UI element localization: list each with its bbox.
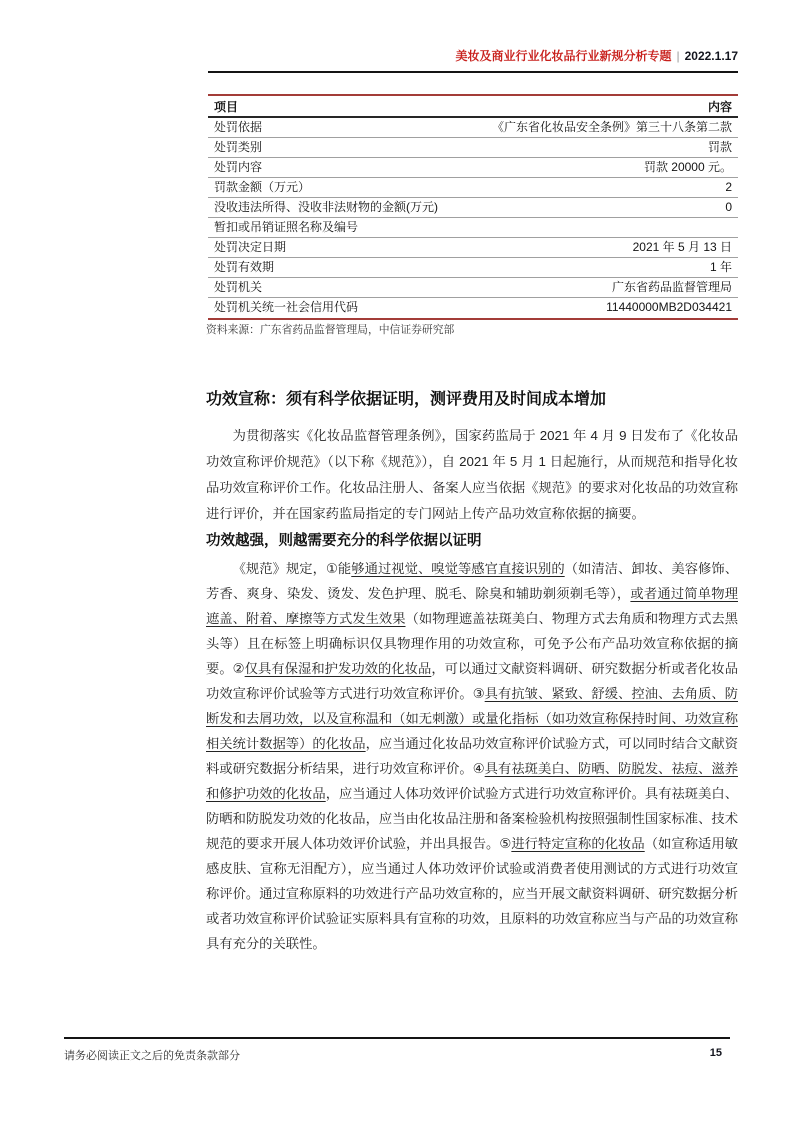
table-row-label: 处罚机关 — [214, 278, 262, 297]
table-source-note: 资料来源：广东省药品监督管理局，中信证券研究部 — [206, 322, 740, 337]
page-header: 美妆及商业行业化妆品行业新规分析专题|2022.1.17 — [208, 47, 738, 64]
table-row: 处罚内容 罚款 20000 元。 — [208, 158, 738, 178]
paragraph-intro: 为贯彻落实《化妆品监督管理条例》，国家药监局于 2021 年 4 月 9 日发布… — [206, 423, 738, 527]
table-row-value: 1 年 — [710, 258, 732, 277]
table-row: 罚款金额（万元） 2 — [208, 178, 738, 198]
footer-disclaimer: 请务必阅读正文之后的免责条款部分 — [64, 1047, 240, 1063]
table-column-content: 内容 — [708, 96, 732, 116]
table-column-item: 项目 — [214, 96, 238, 116]
body-text: 《规范》规定，①能 — [233, 561, 352, 576]
page-footer: 请务必阅读正文之后的免责条款部分 15 — [64, 1047, 730, 1063]
table-row: 处罚有效期 1 年 — [208, 258, 738, 278]
underlined-claim-text: 仅具有保湿和护发功效的化妆品 — [245, 661, 432, 676]
table-row-label: 暂扣或吊销证照名称及编号 — [214, 218, 358, 237]
header-separator: | — [676, 49, 679, 63]
table-row-label: 处罚类别 — [214, 138, 262, 157]
report-page: 美妆及商业行业化妆品行业新规分析专题|2022.1.17 项目 内容 处罚依据 … — [0, 0, 794, 1123]
table-row-label: 处罚内容 — [214, 158, 262, 177]
body-text: （如宣称适用敏感皮肤、宣称无泪配方），应当通过人体功效评价试验或消费者使用测试的… — [206, 836, 738, 951]
paragraph-rules: 《规范》规定，①能够通过视觉、嗅觉等感官直接识别的（如清洁、卸妆、美容修饰、芳香… — [206, 556, 738, 956]
table-row-label: 处罚依据 — [214, 118, 262, 137]
table-header-row: 项目 内容 — [208, 96, 738, 118]
table-row-label: 处罚有效期 — [214, 258, 274, 277]
penalty-table: 项目 内容 处罚依据 《广东省化妆品安全条例》第三十八条第二款 处罚类别 罚款 … — [208, 94, 738, 320]
table-row: 处罚机关统一社会信用代码 11440000MB2D034421 — [208, 298, 738, 318]
subsection-heading: 功效越强，则越需要充分的科学依据以证明 — [206, 529, 740, 550]
underlined-claim-text: 够通过视觉、嗅觉等感官直接识别的 — [351, 561, 564, 576]
table-row-value: 罚款 — [708, 138, 732, 157]
section-heading: 功效宣称：须有科学依据证明，测评费用及时间成本增加 — [206, 386, 740, 409]
report-date: 2022.1.17 — [685, 49, 738, 63]
table-row-value: 11440000MB2D034421 — [606, 298, 732, 318]
table-row-label: 没收违法所得、没收非法财物的金额(万元) — [214, 198, 438, 217]
table-row-label: 罚款金额（万元） — [214, 178, 310, 197]
table-row-value: 2021 年 5 月 13 日 — [633, 238, 732, 257]
table-row-value: 广东省药品监督管理局 — [612, 278, 732, 297]
table-row: 暂扣或吊销证照名称及编号 — [208, 218, 738, 238]
header-rule — [208, 71, 738, 73]
table-row: 处罚机关 广东省药品监督管理局 — [208, 278, 738, 298]
table-row-value: 《广东省化妆品安全条例》第三十八条第二款 — [492, 118, 732, 137]
table-row: 没收违法所得、没收非法财物的金额(万元) 0 — [208, 198, 738, 218]
page-number: 15 — [710, 1047, 730, 1063]
underlined-claim-text: 进行特定宣称的化妆品 — [511, 836, 644, 851]
table-row-value: 0 — [725, 198, 732, 217]
table-row-value: 2 — [725, 178, 732, 197]
table-row: 处罚依据 《广东省化妆品安全条例》第三十八条第二款 — [208, 118, 738, 138]
footer-rule — [64, 1037, 730, 1039]
table-row-value: 罚款 20000 元。 — [644, 158, 732, 177]
table-row-label: 处罚决定日期 — [214, 238, 286, 257]
table-row: 处罚类别 罚款 — [208, 138, 738, 158]
table-row: 处罚决定日期 2021 年 5 月 13 日 — [208, 238, 738, 258]
table-row-label: 处罚机关统一社会信用代码 — [214, 298, 358, 318]
report-title: 美妆及商业行业化妆品行业新规分析专题 — [455, 49, 671, 63]
